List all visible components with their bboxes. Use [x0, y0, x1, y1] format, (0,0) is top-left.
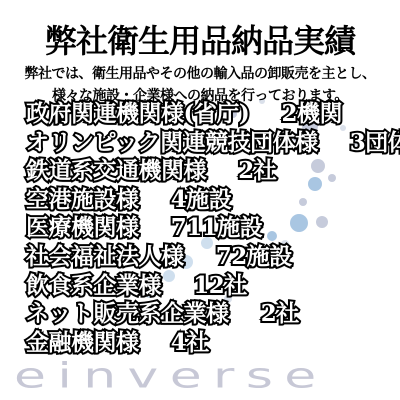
- client-category-name: ネット販売系企業様: [26, 300, 229, 329]
- client-category-name: 飲食系企業様: [26, 272, 161, 301]
- client-category-count: 711施設: [171, 214, 263, 243]
- subtitle-line-2: 様々な施設・企業様への納品を行っております。: [4, 86, 396, 106]
- list-item: 空港施設様4施設: [26, 186, 400, 215]
- client-category-count: 12社: [193, 272, 247, 301]
- subtitle-line-1: 弊社では、衛生用品やその他の輸入品の卸販売を主とし、: [4, 64, 396, 84]
- list-item: 医療機関様711施設: [26, 214, 400, 243]
- client-category-name: オリンピック関連競技団体様: [26, 129, 318, 158]
- client-category-count: 3団体: [350, 129, 400, 158]
- list-item: オリンピック関連競技団体様3団体: [26, 129, 400, 158]
- client-category-name: 鉄道系交通機関様: [26, 157, 206, 186]
- list-item: 飲食系企業様12社: [26, 272, 400, 301]
- page-title: 弊社衛生用品納品実績: [6, 16, 394, 62]
- client-category-name: 医療機関様: [26, 214, 139, 243]
- client-category-name: 空港施設様: [26, 186, 139, 215]
- client-category-count: 4施設: [171, 186, 232, 215]
- client-category-name: 金融機関様: [26, 329, 139, 358]
- einverse-logo-watermark: einverse: [14, 356, 328, 396]
- client-category-name: 社会福祉法人様: [26, 243, 184, 272]
- client-category-count: 2社: [261, 300, 299, 329]
- client-category-count: 72施設: [216, 243, 292, 272]
- list-item: ネット販売系企業様2社: [26, 300, 400, 329]
- list-item: 金融機関様4社: [26, 329, 400, 358]
- client-category-count: 2社: [238, 157, 276, 186]
- flyer-page: 弊社衛生用品納品実績 弊社では、衛生用品やその他の輸入品の卸販売を主とし、 様々…: [0, 0, 400, 400]
- list-item: 鉄道系交通機関様2社: [26, 157, 400, 186]
- delivery-record-list: 政府関連機関様(省庁)2機関オリンピック関連競技団体様3団体鉄道系交通機関様2社…: [26, 100, 400, 357]
- list-item: 社会福祉法人様72施設: [26, 243, 400, 272]
- client-category-count: 4社: [171, 329, 209, 358]
